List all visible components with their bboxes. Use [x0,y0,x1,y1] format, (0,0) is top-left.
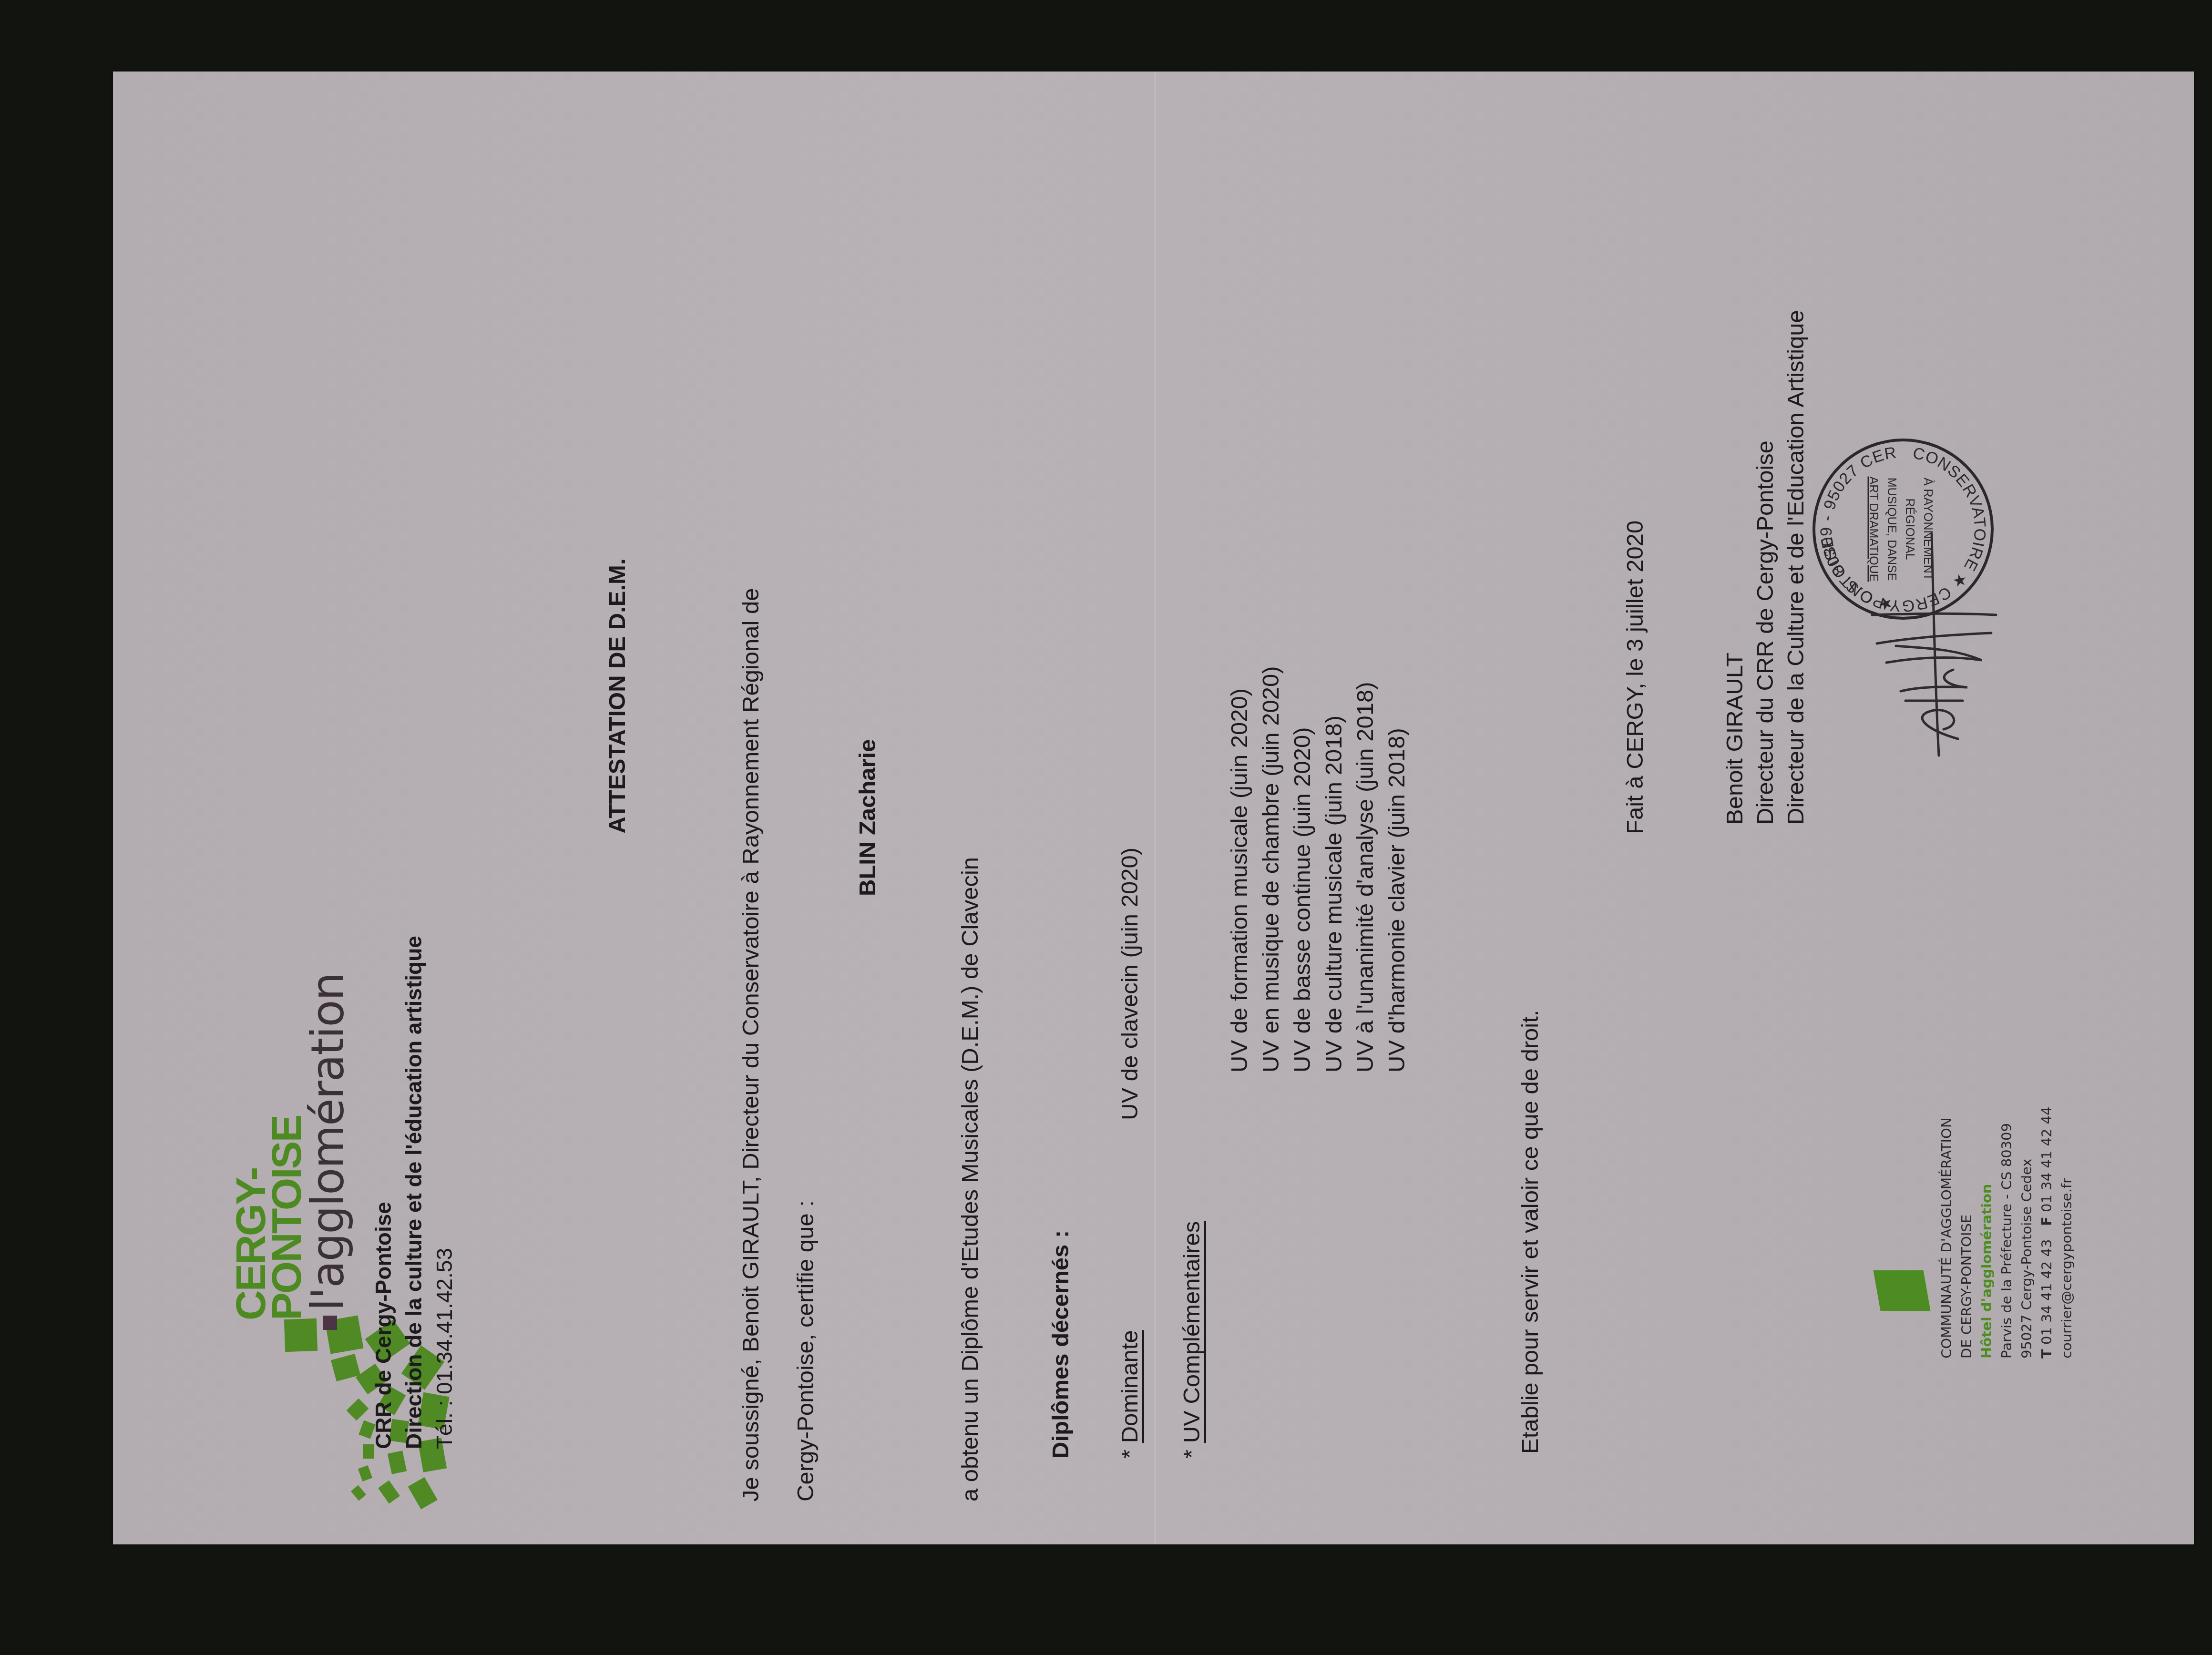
footer-phone: 01 34 41 42 43 [2038,1239,2055,1345]
fold-crease [1154,72,1157,1544]
footer-line: COMMUNAUTÉ D'AGGLOMÉRATION [1936,1107,1956,1359]
phone-label: T [2038,1349,2055,1359]
signatory-name: Benoit GIRAULT [1720,310,1750,825]
logo-accent-square [323,1316,337,1330]
student-name: BLIN Zacharie [854,739,881,896]
uv-item: UV de basse continue (juin 2020) [1287,666,1318,1073]
header-phone: Tél. : 01.34.41.42.53 [429,936,460,1449]
footer-phones: T 01 34 41 42 43 F 01 34 41 42 44 [2037,1107,2057,1359]
closing-statement: Etablie pour servir et valoir ce que de … [1517,1010,1544,1454]
footer-fax: 01 34 41 42 44 [2038,1107,2055,1212]
footer-address: COMMUNAUTÉ D'AGGLOMÉRATION DE CERGY-PONT… [1936,1107,2077,1359]
complementaires-row: * UV Complémentaires [1178,1221,1205,1459]
body-line-2: Cergy-Pontoise, certifie que : [792,1200,819,1502]
uv-list: UV de formation musicale (juin 2020) UV … [1224,666,1413,1073]
place-date: Fait à CERGY, le 3 juillet 2020 [1622,521,1649,834]
body-line-1: Je soussigné, Benoit GIRAULT, Directeur … [737,588,764,1502]
footer-email: courrier@cergypontoise.fr [2057,1107,2077,1359]
uv-item: UV à l'unanimité d'analyse (juin 2018) [1350,666,1381,1073]
department-name: Direction de la culture et de l'éducatio… [401,936,426,1449]
dominante-value: UV de clavecin (juin 2020) [1116,848,1143,1120]
bullet: * [1179,1450,1205,1459]
uv-item: UV en musique de chambre (juin 2020) [1255,666,1287,1073]
dominante-row: * Dominante [1116,1330,1143,1459]
uv-item: UV de formation musicale (juin 2020) [1224,666,1255,1073]
page-title: ATTESTATION DE D.E.M. [604,72,631,1544]
document-page: CERGY- PONTOISE l'agglomération CRR de C… [113,72,2194,1544]
complementaires-label: UV Complémentaires [1179,1221,1205,1443]
footer-logo-square [1874,1270,1931,1311]
handwritten-signature [1839,510,2010,758]
header-address: CRR de Cergy-Pontoise Direction de la cu… [368,936,460,1449]
uv-item: UV de culture musicale (juin 2018) [1318,666,1350,1073]
fax-label: F [2038,1216,2055,1226]
body-line-3: a obtenu un Diplôme d'Etudes Musicales (… [957,857,983,1502]
diplomas-heading: Diplômes décernés : [1047,1230,1074,1459]
org-name: CRR de Cergy-Pontoise [371,1202,396,1449]
brand-tagline: l'agglomération [306,973,351,1311]
signatory-title-2: Directeur de la Culture et de l'Educatio… [1781,310,1811,825]
footer-line: DE CERGY-PONTOISE [1956,1107,1976,1359]
signatory-title-1: Directeur du CRR de Cergy-Pontoise [1750,310,1781,825]
dominante-label: Dominante [1117,1330,1143,1443]
signatory-block: Benoit GIRAULT Directeur du CRR de Cergy… [1720,310,1811,825]
footer-line: Hôtel d'agglomération [1976,1107,1997,1359]
uv-item: UV d'harmonie clavier (juin 2018) [1381,666,1413,1073]
footer-line: Parvis de la Préfecture - CS 80309 [1997,1107,2017,1359]
bullet: * [1117,1450,1143,1459]
brand-name-line2: PONTOISE [268,1116,305,1320]
footer-line: 95027 Cergy-Pontoise Cedex [2017,1107,2037,1359]
